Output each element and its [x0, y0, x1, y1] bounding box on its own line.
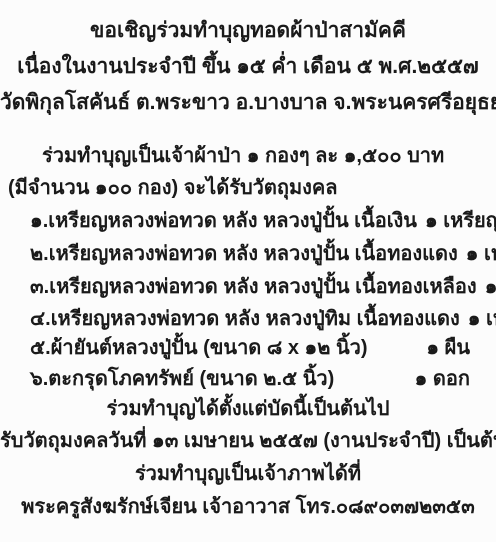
- item-label: ๖.ตะกรุดโภคทรัพย์ (ขนาด ๒.๕ นิ้ว): [30, 364, 334, 394]
- item-label: ๕.ผ้ายันต์หลวงปู่ปั้น (ขนาด ๘ x ๑๒ นิ้ว): [30, 333, 368, 363]
- merit-start-line: ร่วมทำบุญได้ตั้งแต่บัดนี้เป็นต้นไป: [0, 394, 496, 424]
- temple-merit-flyer: ขอเชิญร่วมทำบุญทอดผ้าป่าสามัคคี เนื่องใน…: [0, 0, 496, 542]
- item-quantity: ๑ เหรียญ: [477, 272, 496, 302]
- quantity-note-line: (มีจำนวน ๑๐๐ กอง) จะได้รับวัตถุมงคล: [0, 173, 496, 203]
- item-quantity: ๑ เหรียญ: [460, 304, 496, 334]
- item-quantity: ๑ ดอก: [407, 364, 470, 394]
- item-quantity: ๑ เหรียญ: [417, 206, 496, 236]
- item-quantity: ๑ ผืน: [418, 333, 470, 363]
- receive-date-line: รับวัตถุมงคลวันที่ ๑๓ เมษายน ๒๕๕๗ (งานปร…: [0, 426, 496, 456]
- donation-price-line: ร่วมทำบุญเป็นเจ้าผ้าป่า ๑ กองๆ ละ ๑,๕๐๐ …: [0, 141, 496, 171]
- item-label: ๒.เหรียญหลวงพ่อทวด หลัง หลวงปู่ปั้น เนื้…: [30, 239, 458, 269]
- item-label: ๑.เหรียญหลวงพ่อทวด หลัง หลวงปู่ปั้น เนื้…: [30, 206, 417, 236]
- merit-item-row: ๓.เหรียญหลวงพ่อทวด หลัง หลวงปู่ปั้น เนื้…: [30, 272, 470, 302]
- merit-item-row: ๒.เหรียญหลวงพ่อทวด หลัง หลวงปู่ปั้น เนื้…: [30, 239, 470, 269]
- merit-item-row: ๕.ผ้ายันต์หลวงปู่ปั้น (ขนาด ๘ x ๑๒ นิ้ว)…: [30, 333, 470, 363]
- merit-item-row: ๑.เหรียญหลวงพ่อทวด หลัง หลวงปู่ปั้น เนื้…: [30, 206, 470, 236]
- sponsor-header-line: ร่วมทำบุญเป็นเจ้าภาพได้ที่: [0, 459, 496, 489]
- item-label: ๓.เหรียญหลวงพ่อทวด หลัง หลวงปู่ปั้น เนื้…: [30, 272, 477, 302]
- item-quantity: ๑ เหรียญ: [458, 239, 496, 269]
- temple-address-line: วัดพิกุลโสคันธ์ ต.พระขาว อ.บางบาล จ.พระน…: [0, 88, 496, 118]
- merit-item-row: ๖.ตะกรุดโภคทรัพย์ (ขนาด ๒.๕ นิ้ว) ๑ ดอก: [30, 364, 470, 394]
- item-label: ๔.เหรียญหลวงพ่อทวด หลัง หลวงปู่ทิม เนื้อ…: [30, 304, 460, 334]
- flyer-title: ขอเชิญร่วมทำบุญทอดผ้าป่าสามัคคี: [0, 16, 496, 46]
- merit-item-row: ๔.เหรียญหลวงพ่อทวด หลัง หลวงปู่ทิม เนื้อ…: [30, 304, 470, 334]
- event-date-line: เนื่องในงานประจำปี ขึ้น ๑๕ ค่ำ เดือน ๕ พ…: [0, 52, 496, 82]
- abbot-contact-line: พระครูสังฆรักษ์เจียน เจ้าอาวาส โทร.๐๘๙๐๓…: [0, 492, 496, 522]
